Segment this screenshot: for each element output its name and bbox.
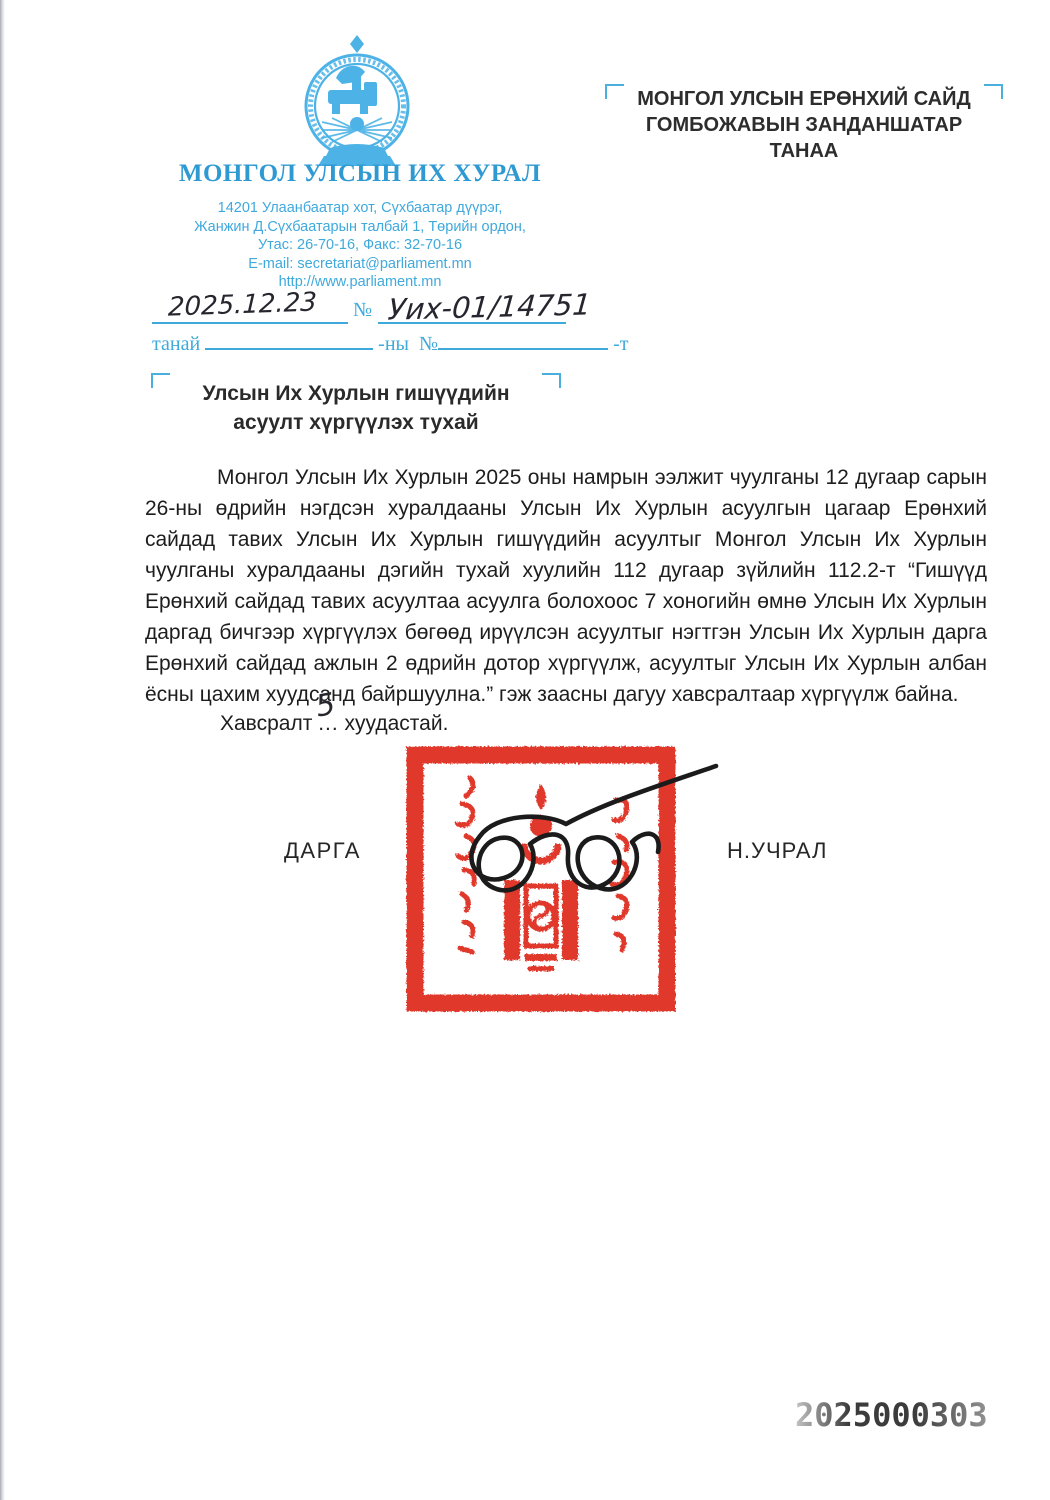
reply-blank-2 [438, 330, 608, 350]
letter-page: МОНГОЛ УЛСЫН ИХ ХУРАЛ 14201 Улаанбаатар … [0, 0, 1050, 1500]
recipient-line: МОНГОЛ УЛСЫН ЕРӨНХИЙ САЙД [627, 86, 981, 112]
subject-line: асуулт хүргүүлэх тухай [178, 408, 534, 437]
mongolia-state-emblem-icon [302, 32, 412, 170]
address-line: 14201 Улаанбаатар хот, Сүхбаатар дүүрэг, [120, 199, 600, 218]
number-symbol: № [353, 299, 372, 322]
address-line: Жанжин Д.Сүхбаатарын талбай 1, Төрийн ор… [120, 218, 600, 237]
recipient-block: МОНГОЛ УЛСЫН ЕРӨНХИЙ САЙД ГОМБОЖАВЫН ЗАН… [603, 78, 1005, 164]
attachment-dots: ...5 [318, 712, 339, 736]
address-line: E-mail: secretariat@parliament.mn [120, 255, 600, 274]
reply-middle: -ны [378, 333, 409, 355]
reference-row: № 2025.12.23 Уих-01/14751 [150, 288, 570, 328]
corner-bracket-icon [542, 373, 561, 388]
reply-blank-1 [205, 330, 373, 350]
attachment-suffix: хуудастай. [339, 712, 449, 735]
reply-prefix: танай [152, 333, 200, 355]
subject-text: Улсын Их Хурлын гишүүдийн асуулт хүргүүл… [178, 379, 534, 437]
signer-name: Н.УЧРАЛ [727, 838, 827, 864]
org-name: МОНГОЛ УЛСЫН ИХ ХУРАЛ [140, 160, 580, 188]
reply-suffix: -т [613, 333, 628, 355]
org-address: 14201 Улаанбаатар хот, Сүхбаатар дүүрэг,… [120, 199, 600, 292]
address-line: Утас: 26-70-16, Факс: 32-70-16 [120, 236, 600, 255]
corner-bracket-icon [605, 84, 624, 99]
date-underline [152, 322, 348, 324]
signer-title: ДАРГА [284, 838, 361, 864]
corner-bracket-icon [151, 373, 170, 388]
recipient-line: ГОМБОЖАВЫН ЗАНДАНШАТАР [627, 112, 981, 138]
handwritten-date: 2025.12.23 [168, 287, 318, 322]
handwritten-number: Уих-01/14751 [387, 287, 593, 326]
attachment-prefix: Хавсралт [220, 712, 312, 735]
registration-number-stamp: 2025000303 [795, 1396, 988, 1434]
body-paragraph: Монгол Улсын Их Хурлын 2025 оны намрын э… [145, 462, 987, 710]
recipient-text: МОНГОЛ УЛСЫН ЕРӨНХИЙ САЙД ГОМБОЖАВЫН ЗАН… [627, 86, 981, 164]
reply-reference-row: танай -ны № -т [152, 330, 582, 356]
handwritten-signature [396, 750, 728, 922]
recipient-line: ТАНАА [627, 138, 981, 164]
attachment-line: Хавсралт ...5 хуудастай. [220, 712, 448, 736]
subject-block: Улсын Их Хурлын гишүүдийн асуулт хүргүүл… [148, 366, 564, 437]
scan-edge-shadow [0, 0, 5, 1500]
subject-line: Улсын Их Хурлын гишүүдийн [178, 379, 534, 408]
reply-number-symbol: № [419, 333, 438, 355]
corner-bracket-icon [984, 84, 1003, 99]
